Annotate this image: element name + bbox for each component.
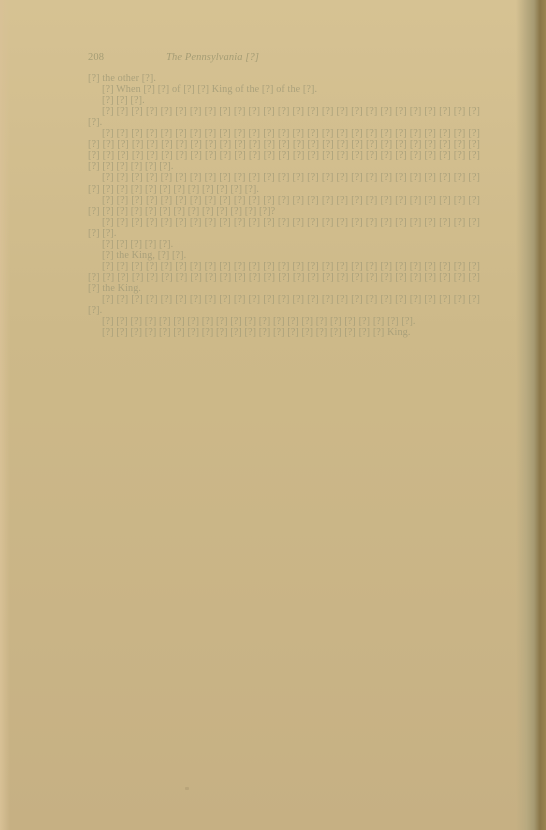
page-left-edge <box>0 0 10 830</box>
page-blemish <box>185 787 189 790</box>
paragraph: [?] [?] [?] [?] [?] [?] [?] [?] [?] [?] … <box>88 261 480 294</box>
book-spine-shadow <box>516 0 546 830</box>
paragraph: [?] [?] [?] [?] [?] [?] [?] [?] [?] [?] … <box>88 195 480 217</box>
paragraph: [?] [?] [?] [?] [?] [?] [?] [?] [?] [?] … <box>88 217 480 239</box>
running-title: The Pennsylvania [?] <box>166 52 259 63</box>
paragraph: [?] [?] [?] [?] [?] [?] [?] [?] [?] [?] … <box>88 128 480 172</box>
running-head: 208 The Pennsylvania [?] <box>88 52 480 63</box>
paragraph: [?] [?] [?] [?] [?] [?] [?] [?] [?] [?] … <box>88 294 480 316</box>
paragraph: [?] [?] [?] [?] [?] [?] [?] [?] [?] [?] … <box>88 106 480 128</box>
paragraph: [?] [?] [?]. <box>88 95 480 106</box>
paragraph: [?] [?] [?] [?] [?] [?] [?] [?] [?] [?] … <box>88 316 480 327</box>
page-text-block: 208 The Pennsylvania [?] [?] the other [… <box>88 52 480 338</box>
paragraph: [?] the King, [?] [?]. <box>88 250 480 261</box>
book-page: 208 The Pennsylvania [?] [?] the other [… <box>0 0 546 830</box>
paragraph: [?] [?] [?] [?] [?] [?] [?] [?] [?] [?] … <box>88 327 480 338</box>
page-number: 208 <box>88 52 104 63</box>
paragraph: [?] When [?] [?] of [?] [?] King of the … <box>88 84 480 95</box>
paragraph: [?] the other [?]. <box>88 73 480 84</box>
paragraph: [?] [?] [?] [?] [?]. <box>88 239 480 250</box>
paragraph: [?] [?] [?] [?] [?] [?] [?] [?] [?] [?] … <box>88 172 480 194</box>
